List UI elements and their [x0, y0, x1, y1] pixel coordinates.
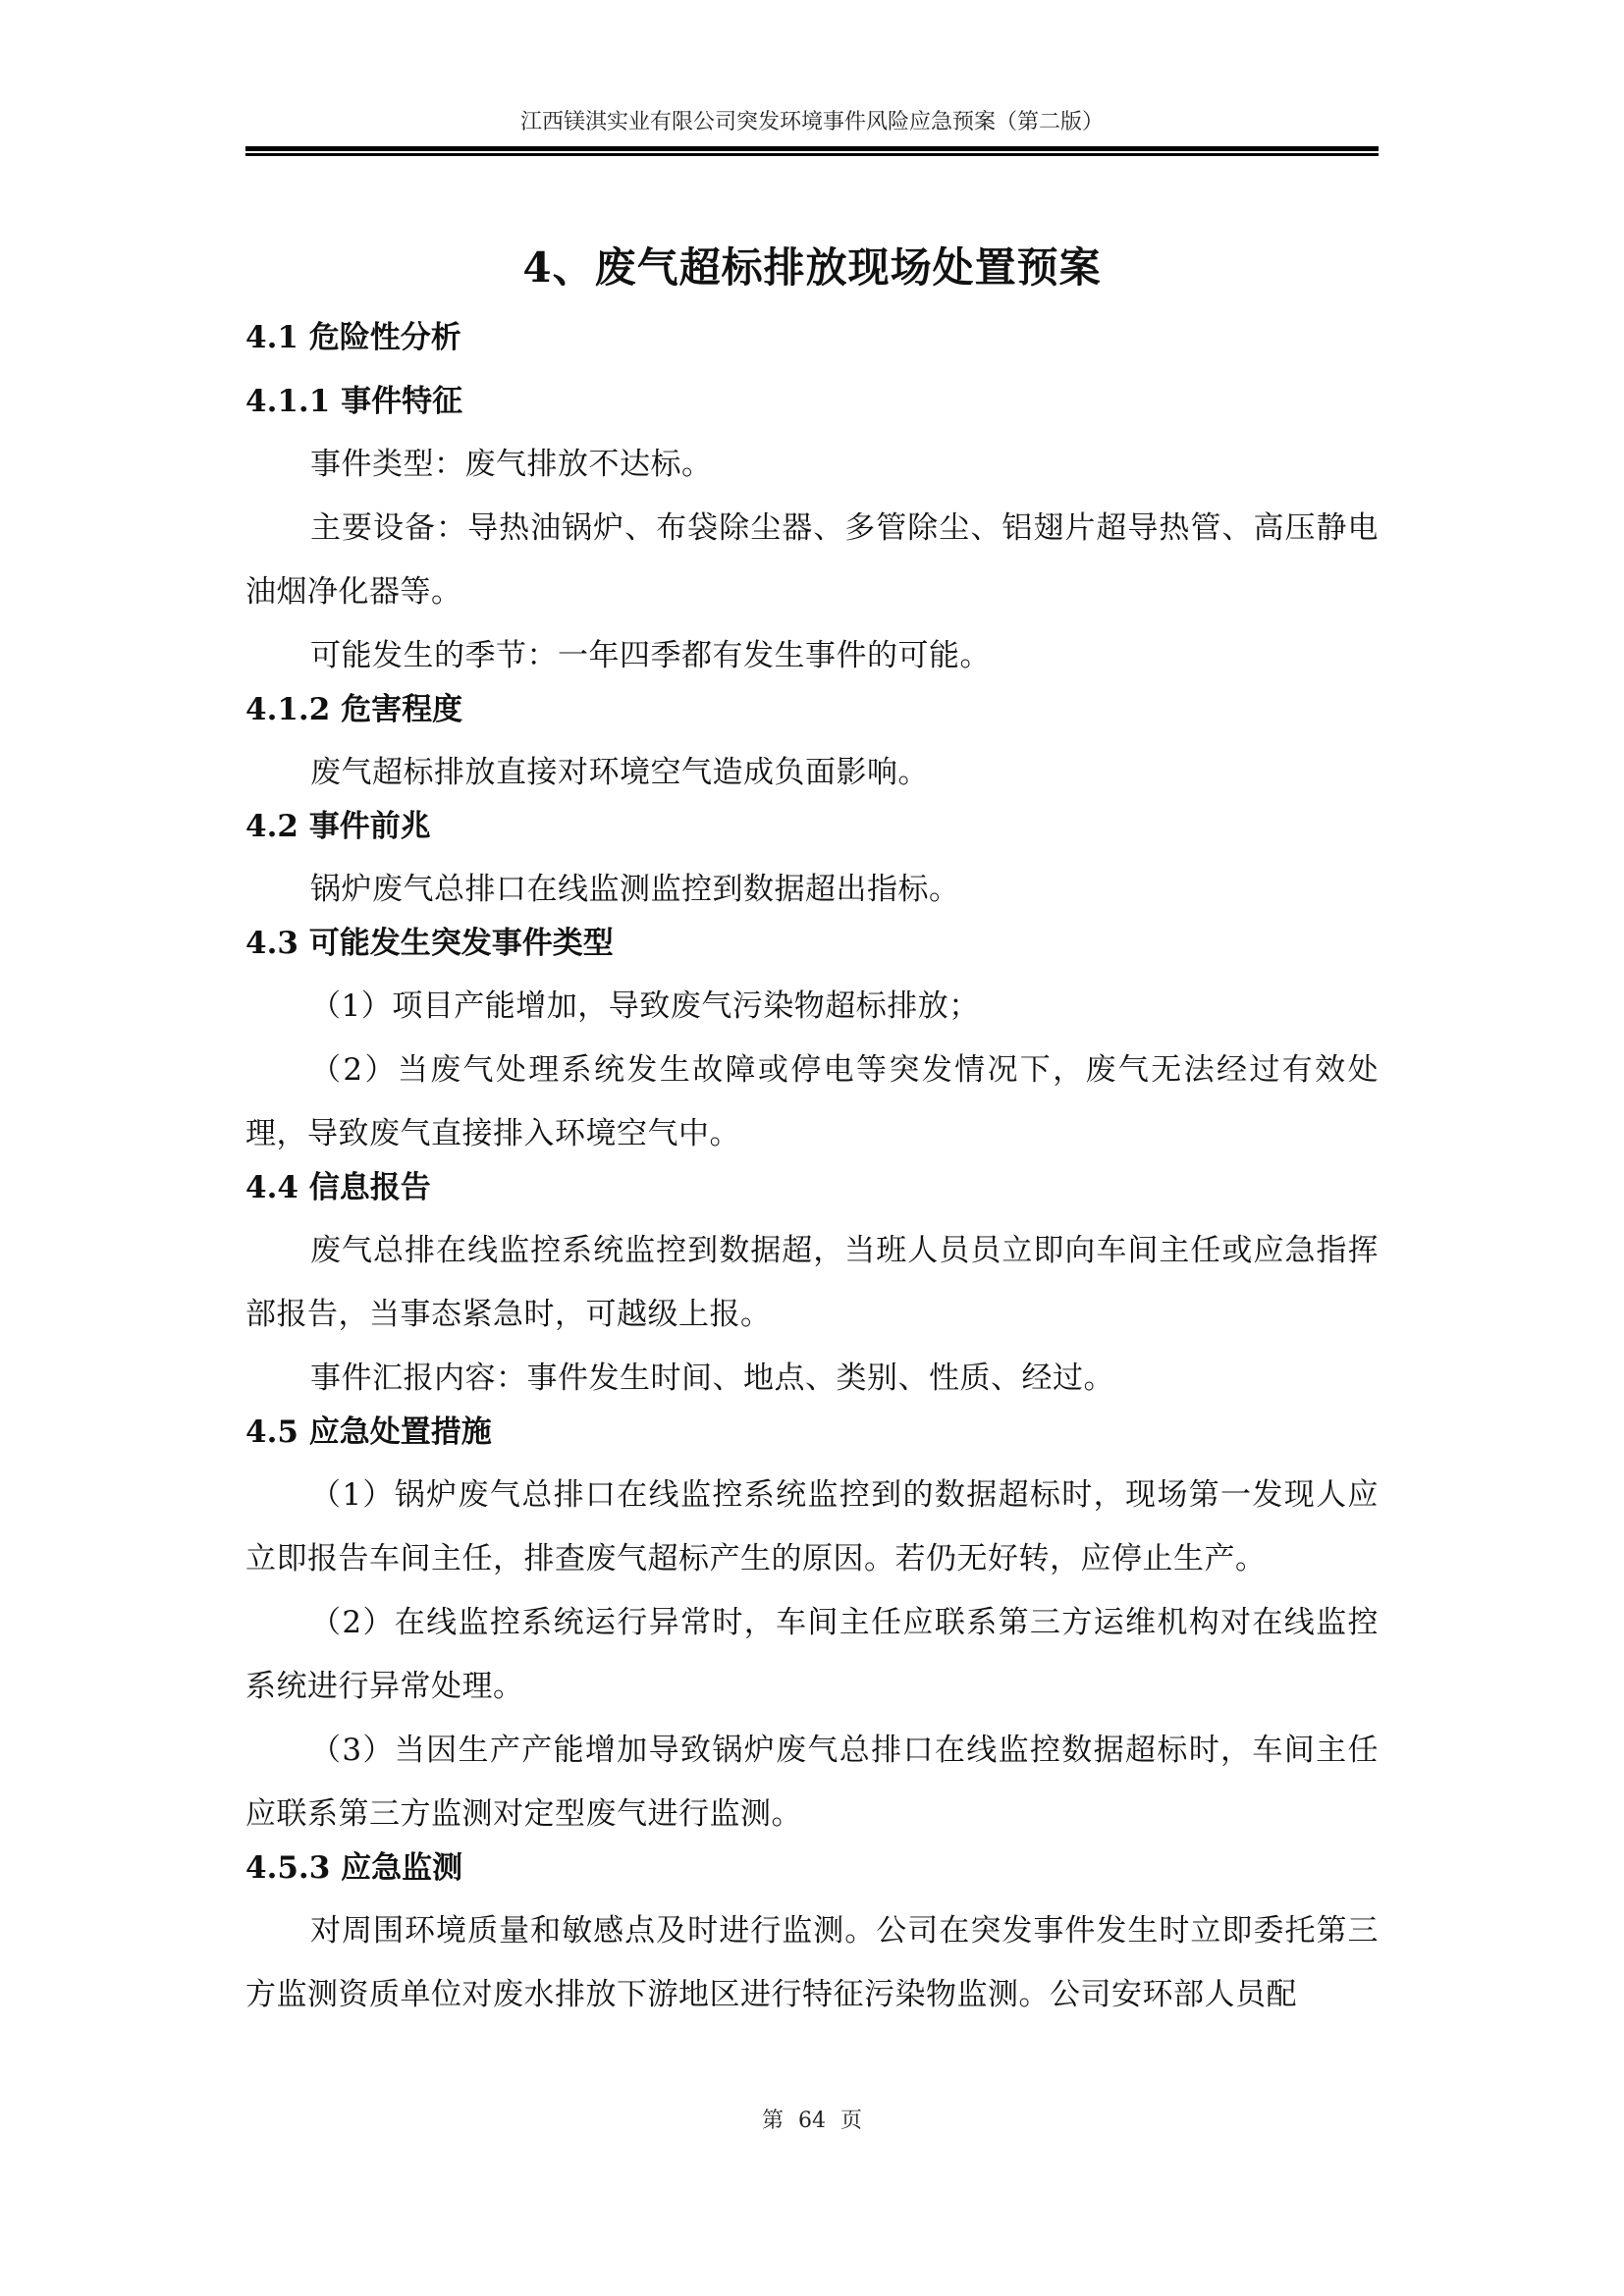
heading-4-2: 4.2 事件前兆: [245, 805, 1379, 848]
heading-4-4: 4.4 信息报告: [245, 1166, 1379, 1209]
list-item: （1）项目产能增加，导致废气污染物超标排放；: [245, 975, 1379, 1039]
heading-4-3: 4.3 可能发生突发事件类型: [245, 922, 1379, 965]
paragraph: 事件汇报内容：事件发生时间、地点、类别、性质、经过。: [245, 1347, 1379, 1411]
paragraph: 锅炉废气总排口在线监测监控到数据超出指标。: [245, 858, 1379, 922]
list-item: （3）当因生产产能增加导致锅炉废气总排口在线监控数据超标时，车间主任应联系第三方…: [245, 1719, 1379, 1846]
page-number: 第 64 页: [245, 2109, 1379, 2134]
paragraph: 主要设备：导热油锅炉、布袋除尘器、多管除尘、铝翅片超导热管、高压静电油烟净化器等…: [245, 497, 1379, 624]
paragraph: 可能发生的季节：一年四季都有发生事件的可能。: [245, 624, 1379, 688]
heading-4-5: 4.5 应急处置措施: [245, 1411, 1379, 1454]
header-rule-thin: [245, 153, 1379, 156]
list-item: （1）锅炉废气总排口在线监控系统监控到的数据超标时，现场第一发现人应立即报告车间…: [245, 1464, 1379, 1591]
header-rule-thick: [245, 146, 1379, 151]
heading-4-1-1: 4.1.1 事件特征: [245, 380, 1379, 423]
heading-4-1-2: 4.1.2 危害程度: [245, 688, 1379, 731]
paragraph: 对周围环境质量和敏感点及时进行监测。公司在突发事件发生时立即委托第三方监测资质单…: [245, 1899, 1379, 2027]
heading-4-5-3: 4.5.3 应急监测: [245, 1846, 1379, 1890]
paragraph: 废气总排在线监控系统监控到数据超，当班人员员立即向车间主任或应急指挥部报告，当事…: [245, 1219, 1379, 1347]
running-title: 江西镁淇实业有限公司突发环境事件风险应急预案（第二版）: [245, 110, 1379, 135]
heading-4-1: 4.1 危险性分析: [245, 316, 1379, 359]
paragraph: 事件类型：废气排放不达标。: [245, 433, 1379, 497]
page-title: 4、废气超标排放现场处置预案: [245, 241, 1379, 294]
list-item: （2）在线监控系统运行异常时，车间主任应联系第三方运维机构对在线监控系统进行异常…: [245, 1591, 1379, 1719]
list-item: （2）当废气处理系统发生故障或停电等突发情况下，废气无法经过有效处理，导致废气直…: [245, 1039, 1379, 1166]
document-body: 4.1 危险性分析 4.1.1 事件特征 事件类型：废气排放不达标。 主要设备：…: [245, 316, 1379, 2027]
paragraph: 废气超标排放直接对环境空气造成负面影响。: [245, 741, 1379, 805]
